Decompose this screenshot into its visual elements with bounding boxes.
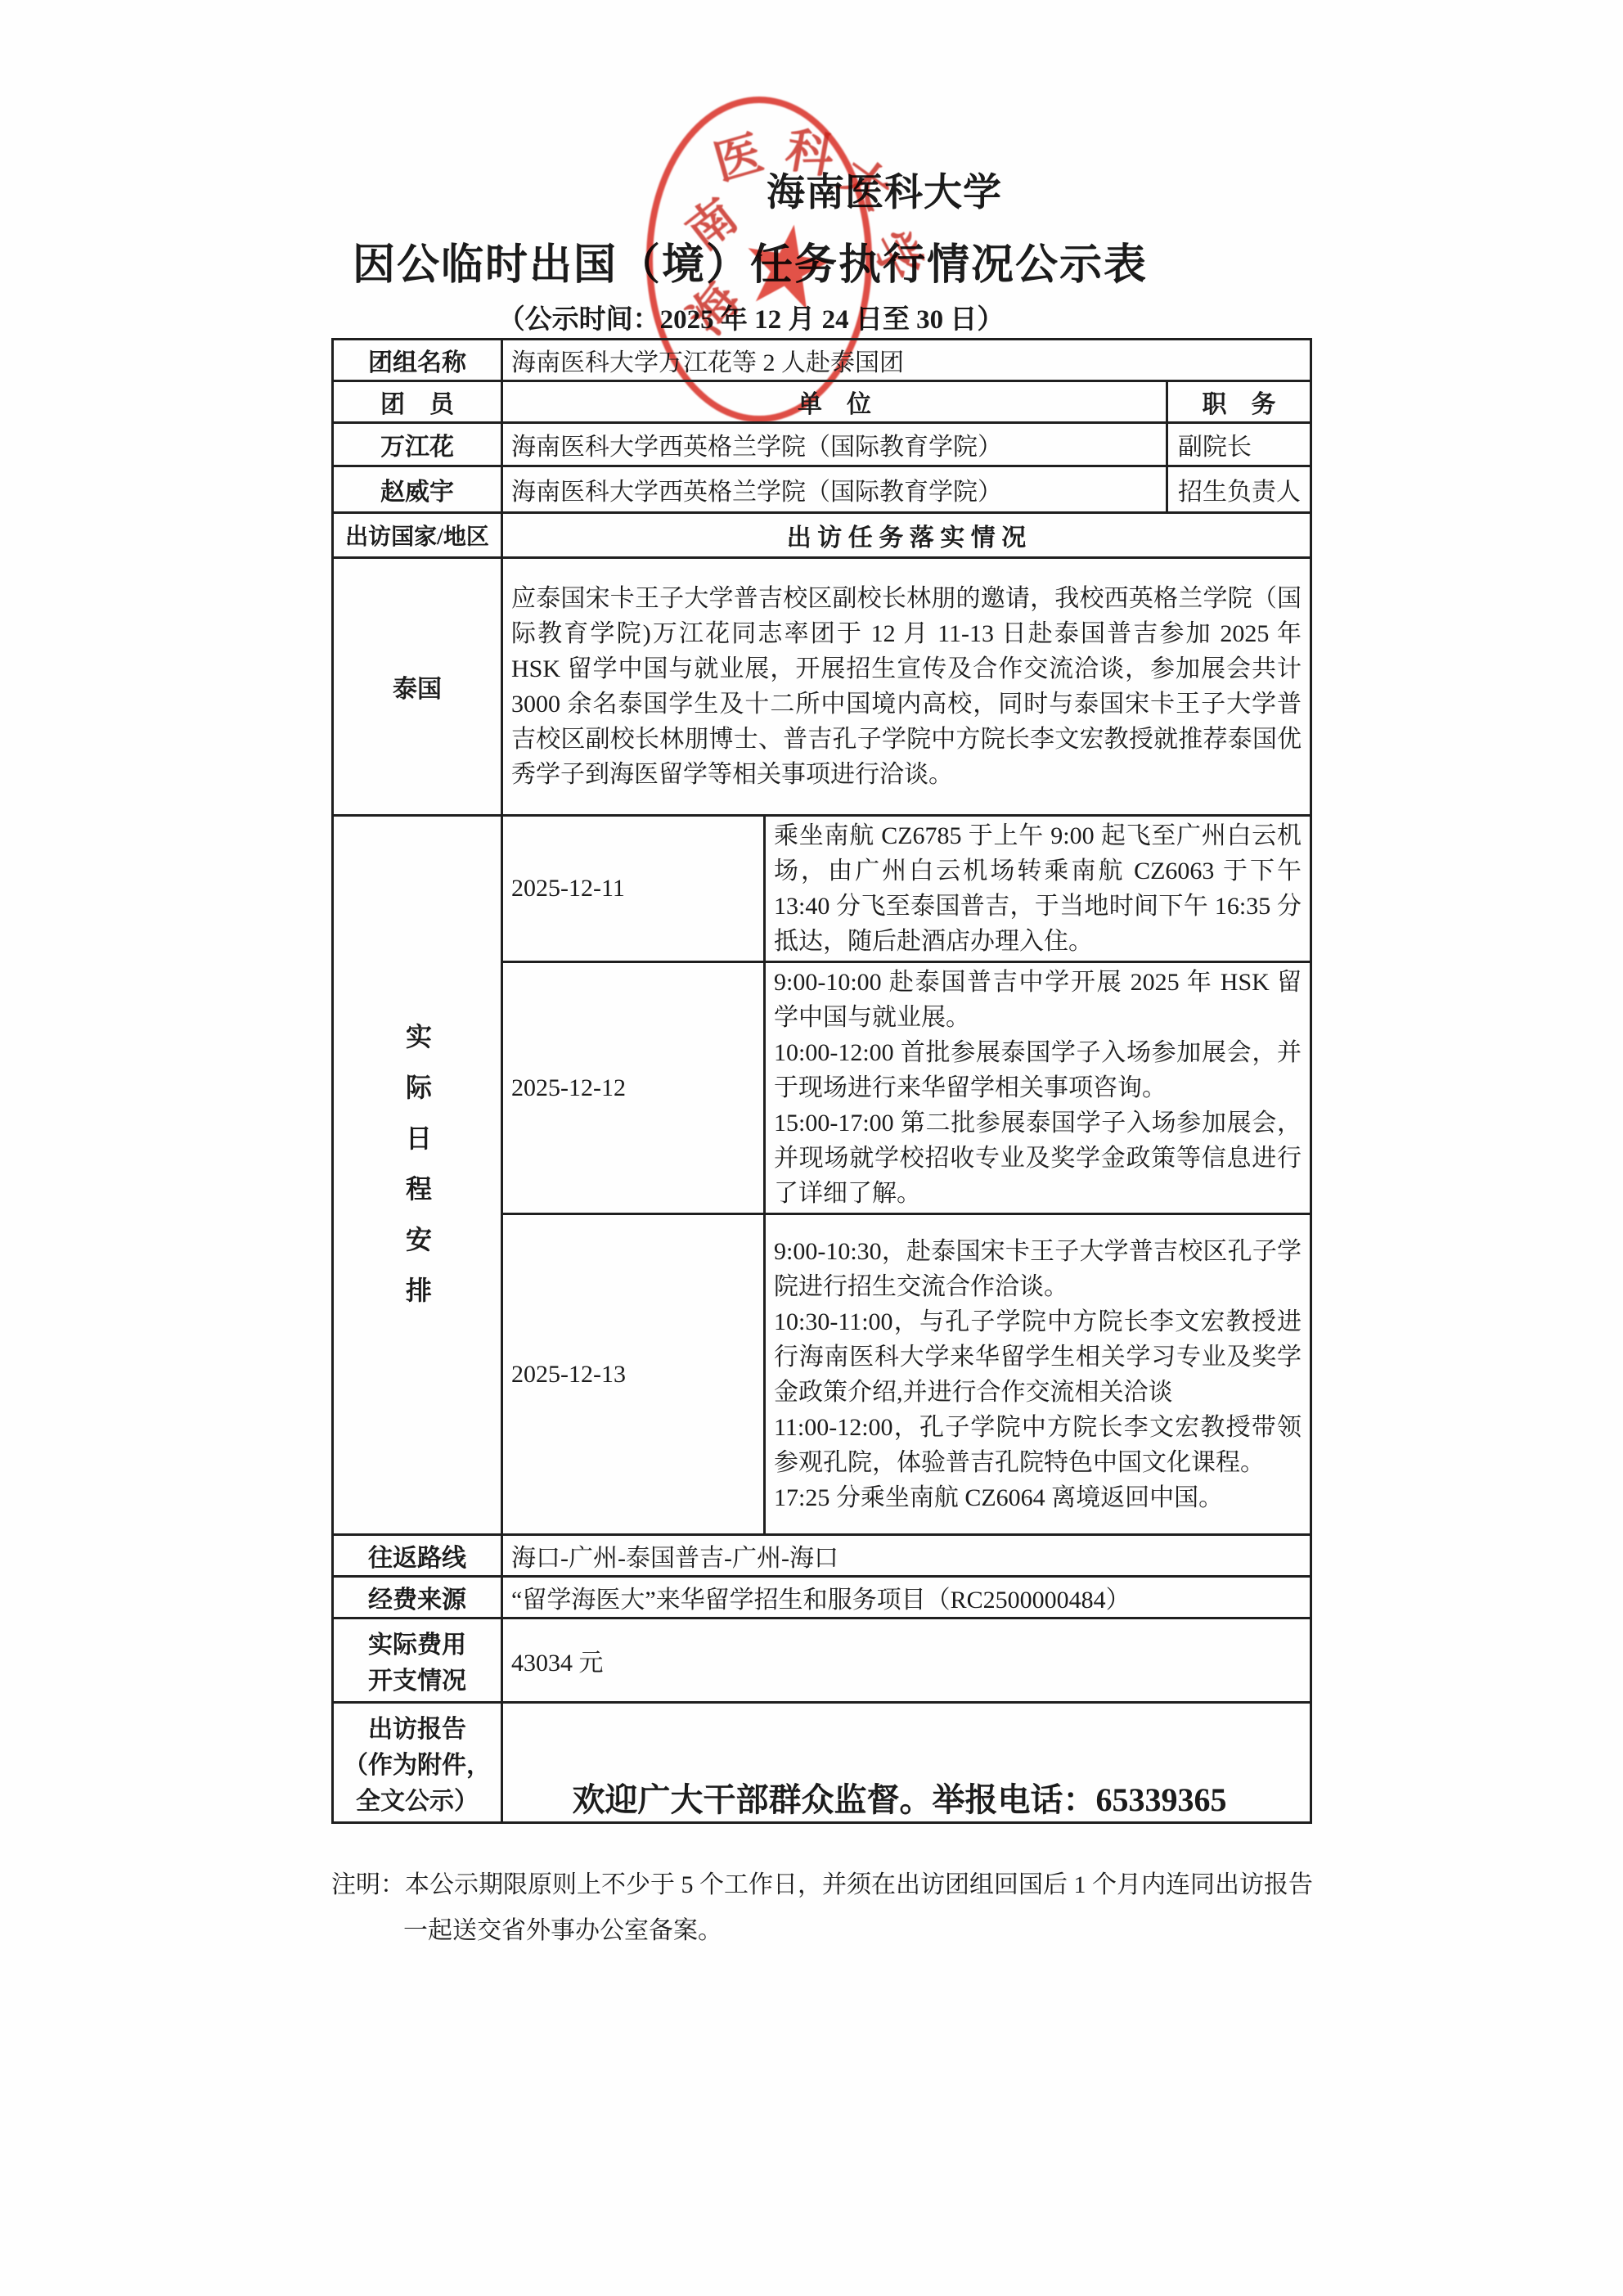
member-header-name: 团 员 (333, 381, 502, 423)
table-row: 实际日程安排 2025-12-11 乘坐南航 CZ6785 于上午 9:00 起… (333, 816, 1311, 962)
schedule-date: 2025-12-12 (502, 962, 765, 1214)
stamp-char: 医 (705, 115, 770, 194)
document-page: 海南医科大学 因公临时出国（境）任务执行情况公示表 （公示时间：2025 年 1… (0, 0, 1623, 2296)
task-detail: 应泰国宋卡王子大学普吉校区副校长林朋的邀请，我校西英格兰学院（国际教育学院)万江… (502, 558, 1311, 816)
schedule-label: 实际日程安排 (398, 1023, 436, 1327)
publicity-table: 团组名称 海南医科大学万江花等 2 人赴泰国团 团 员 单 位 职 务 万江花 … (331, 338, 1312, 1824)
table-row: 往返路线 海口-广州-泰国普吉-广州-海口 (333, 1535, 1311, 1577)
group-name-label: 团组名称 (333, 340, 502, 381)
route-label: 往返路线 (333, 1535, 502, 1577)
schedule-desc: 9:00-10:30，赴泰国宋卡王子大学普吉校区孔子学院进行招生交流合作洽谈。 … (765, 1214, 1311, 1535)
table-row: 泰国 应泰国宋卡王子大学普吉校区副校长林朋的邀请，我校西英格兰学院（国际教育学院… (333, 558, 1311, 816)
country-label: 出访国家/地区 (333, 513, 502, 558)
member-unit: 海南医科大学西英格兰学院（国际教育学院） (502, 466, 1167, 513)
footnote-line1: 注明：本公示期限原则上不少于 5 个工作日，并须在出访团组回国后 1 个月内连同… (331, 1871, 1313, 1898)
footnote: 注明：本公示期限原则上不少于 5 个工作日，并须在出访团组回国后 1 个月内连同… (331, 1862, 1321, 1954)
page-title-org: 海南医科大学 (767, 162, 1002, 217)
table-row: 经费来源 “留学海医大”来华留学招生和服务项目（RC2500000484） (333, 1577, 1311, 1618)
table-row: 团 员 单 位 职 务 (333, 381, 1311, 423)
cost-value: 43034 元 (502, 1618, 1311, 1703)
table-row: 万江花 海南医科大学西英格兰学院（国际教育学院） 副院长 (333, 423, 1311, 466)
table-row: 出访国家/地区 出 访 任 务 落 实 情 况 (333, 513, 1311, 558)
member-header-unit: 单 位 (502, 381, 1167, 423)
member-duty: 副院长 (1167, 423, 1311, 466)
schedule-desc: 乘坐南航 CZ6785 于上午 9:00 起飞至广州白云机场，由广州白云机场转乘… (765, 816, 1311, 962)
supervision-hotline: 欢迎广大干部群众监督。举报电话：65339365 (0, 1774, 1623, 1821)
cost-label: 实际费用 开支情况 (333, 1618, 502, 1703)
schedule-date: 2025-12-11 (502, 816, 765, 962)
member-name: 万江花 (333, 423, 502, 466)
country-value: 泰国 (333, 558, 502, 816)
funding-label: 经费来源 (333, 1577, 502, 1618)
page-title-period: （公示时间：2025 年 12 月 24 日至 30 日） (498, 298, 1005, 336)
table-row: 团组名称 海南医科大学万江花等 2 人赴泰国团 (333, 340, 1311, 381)
group-name-value: 海南医科大学万江花等 2 人赴泰国团 (502, 340, 1311, 381)
member-duty: 招生负责人 (1167, 466, 1311, 513)
schedule-label-cell: 实际日程安排 (333, 816, 502, 1535)
page-title-main: 因公临时出国（境）任务执行情况公示表 (353, 230, 1148, 291)
table-row: 赵威宇 海南医科大学西英格兰学院（国际教育学院） 招生负责人 (333, 466, 1311, 513)
footnote-line2: 一起送交省外事办公室备案。 (403, 1908, 722, 1954)
schedule-date: 2025-12-13 (502, 1214, 765, 1535)
member-header-duty: 职 务 (1167, 381, 1311, 423)
funding-value: “留学海医大”来华留学招生和服务项目（RC2500000484） (502, 1577, 1311, 1618)
member-unit: 海南医科大学西英格兰学院（国际教育学院） (502, 423, 1167, 466)
task-header: 出 访 任 务 落 实 情 况 (502, 513, 1311, 558)
member-name: 赵威宇 (333, 466, 502, 513)
route-value: 海口-广州-泰国普吉-广州-海口 (502, 1535, 1311, 1577)
schedule-desc: 9:00-10:00 赴泰国普吉中学开展 2025 年 HSK 留学中国与就业展… (765, 962, 1311, 1214)
table-row: 实际费用 开支情况 43034 元 (333, 1618, 1311, 1703)
